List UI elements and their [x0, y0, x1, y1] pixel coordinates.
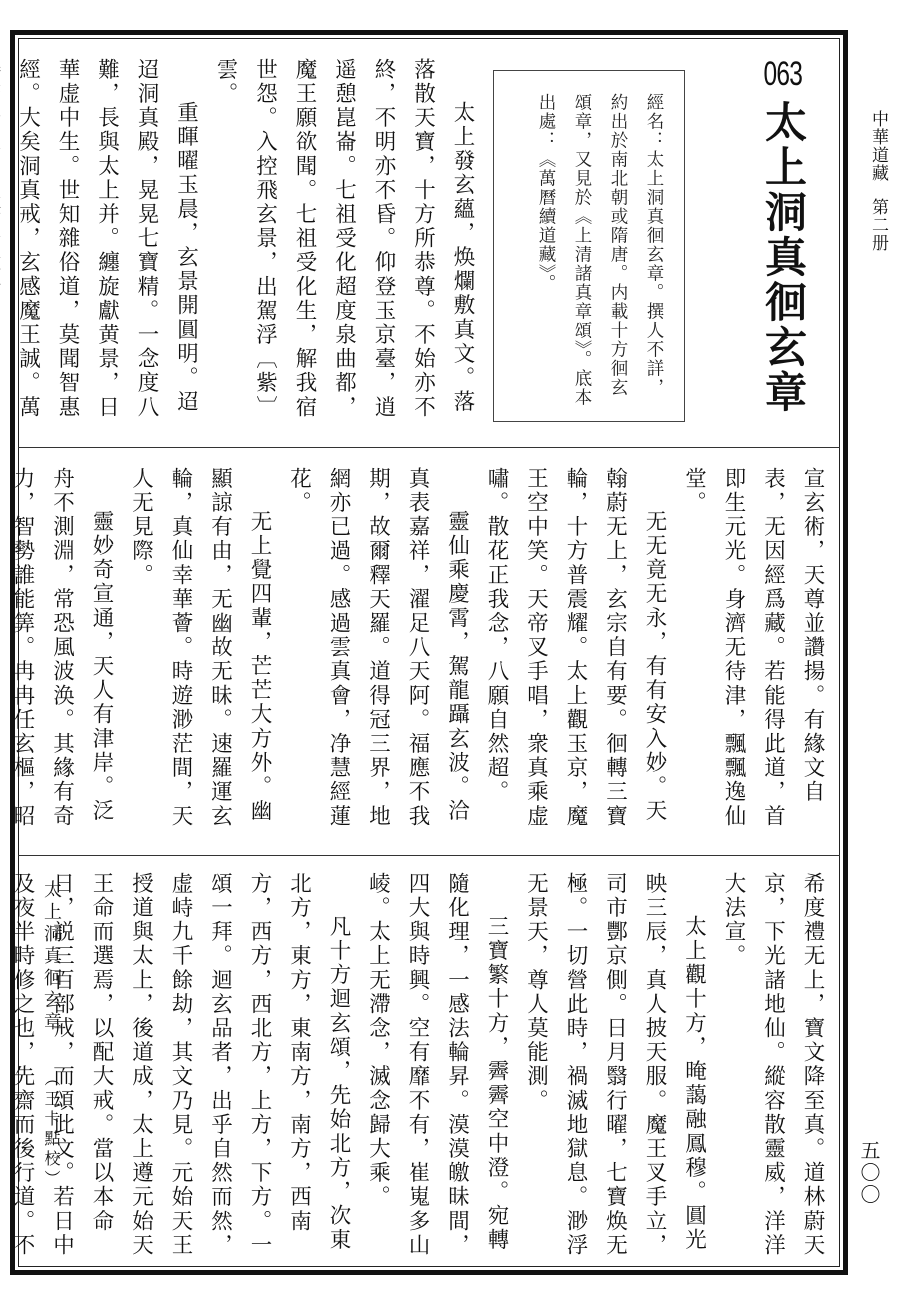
- verse-paragraph: 无无竟无永，有有安入妙。天翰蔚无上，玄宗自有要。徊轉三寶輪，十方普震耀。太上觀玉…: [477, 467, 675, 847]
- section-divider-top: [18, 447, 840, 448]
- running-header: 中華道藏第二册: [851, 110, 891, 252]
- text-section-top: 太上發玄蘊，焕爛敷真文。落落散天寶，十方所恭尊。不始亦不終，不明亦不昏。仰登玉京…: [0, 58, 482, 438]
- page-number: 五〇〇: [855, 1140, 884, 1206]
- verse-paragraph: 太上發玄蘊，焕爛敷真文。落落散天寶，十方所恭尊。不始亦不終，不明亦不昏。仰登玉京…: [206, 58, 483, 438]
- volume-label: 第二册: [868, 198, 888, 252]
- text-section-middle: 宣玄術，天尊並讚揚。有緣文自表，无因經爲藏。若能得此道，首即生元光。身濟无待津，…: [0, 467, 832, 847]
- scripture-title: 太上洞真徊玄章: [753, 100, 813, 415]
- verse-paragraph: 三寶繁十方，霽霽空中澄。宛轉隨化理，一感法輪昇。漠漠皦昧間，四大與時興。空有靡不…: [358, 872, 516, 1262]
- verse-paragraph: 太上觀十方，晻藹融鳳穆。圓光映三辰，真人披天服。魔王叉手立，司市酆京側。日月翳行…: [516, 872, 714, 1262]
- bibliographic-note: 經名：太上洞真徊玄章。撰人不詳，約出於南北朝或隋唐。内載十方徊玄頌章，又見於《上…: [528, 93, 672, 413]
- verse-paragraph: 宣玄術，天尊並讚揚。有緣文自表，无因經爲藏。若能得此道，首即生元光。身濟无待津，…: [674, 467, 832, 847]
- text-section-bottom: 希度禮无上，寶文降至真。道林蔚天京，下光諸地仙。縱容散靈威，洋洋大法宣。 太上觀…: [0, 872, 832, 1262]
- colophon-title: 太上洞真徊玄章: [41, 880, 62, 1034]
- proofreader-credit: （王卡點校）: [42, 1070, 61, 1190]
- verse-paragraph: 希度禮无上，寶文降至真。道林蔚天京，下光諸地仙。縱容散靈威，洋洋大法宣。: [714, 872, 833, 1262]
- bibliographic-note-box: 經名：太上洞真徊玄章。撰人不詳，約出於南北朝或隋唐。内載十方徊玄頌章，又見於《上…: [493, 70, 685, 422]
- verse-paragraph: 靈妙奇宣通，天人有津岸。泛舟不測淵，常恐風波涣。其緣有奇力，智勢誰能筭。冉冉任玄…: [0, 467, 121, 847]
- verse-paragraph: 无上覺四輩，芒芒大方外。幽顯諒有由，无幽故无昧。速羅運玄輪，真仙幸華薈。時遊渺茫…: [121, 467, 279, 847]
- scripture-number: 063: [764, 55, 803, 94]
- colophon: 太上洞真徊玄章（王卡點校）: [38, 880, 64, 1260]
- collection-name: 中華道藏: [868, 110, 888, 182]
- verse-paragraph: 靈仙乘慶霄，駕龍躡玄波。洽真表嘉祥，濯足八天阿。福應不我期，故爾釋天羅。道得冠三…: [279, 467, 477, 847]
- verse-paragraph: 重暉曜玉晨，玄景開圓明。迢迢洞真殿，晃晃七寶精。一念度八難，長與太上并。纏旋獻黄…: [0, 58, 206, 438]
- section-divider-bottom: [18, 855, 840, 856]
- scripture-title-block: 063 太上洞真徊玄章: [738, 55, 828, 425]
